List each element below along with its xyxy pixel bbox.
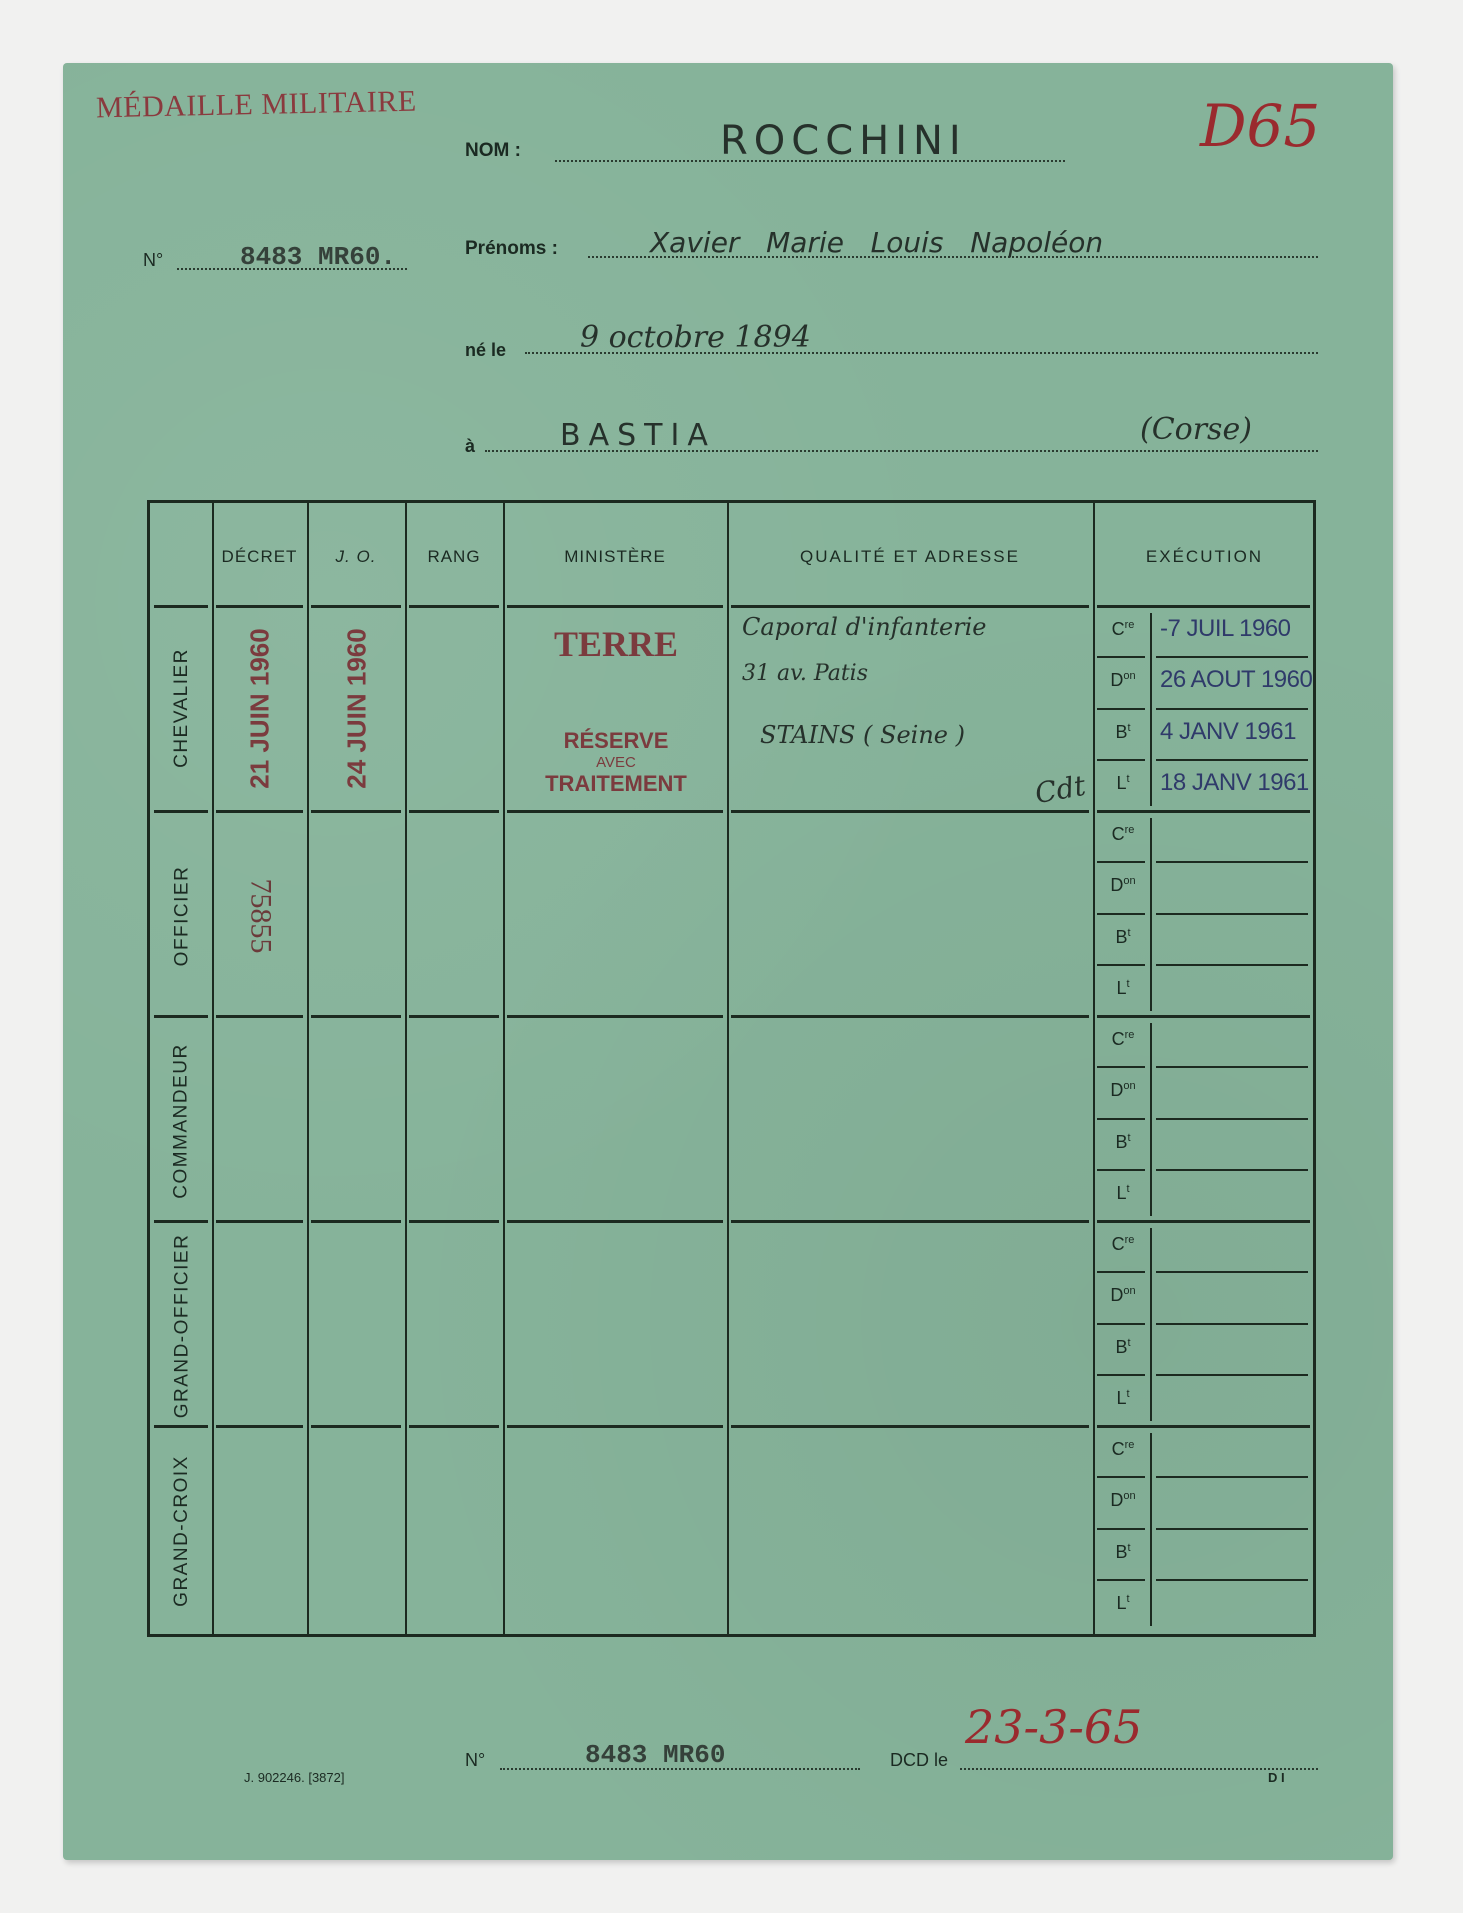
ne-le-label: né le	[465, 340, 506, 361]
officier-decret-number: 75855	[214, 813, 307, 1018]
col-header-jo: J. O.	[307, 547, 405, 567]
exec-subrow-line	[1156, 1323, 1308, 1325]
exec-sublabel: Bt	[1099, 927, 1147, 948]
row-separator	[216, 1220, 303, 1223]
medal-title-stamp: MÉDAILLE MILITAIRE	[96, 85, 417, 126]
exec-sublabel: Cre	[1099, 1234, 1147, 1255]
corner-annotation: D65	[1200, 92, 1320, 160]
exec-subrow-line	[1156, 656, 1308, 658]
qualite-line-1: Caporal d'infanterie	[742, 613, 987, 641]
exec-subrow-line	[1156, 1118, 1308, 1120]
row-separator	[731, 810, 1089, 813]
exec-sublabel: Don	[1099, 1490, 1147, 1511]
prenoms-label: Prénoms :	[465, 238, 558, 260]
exec-sublabel: Lt	[1099, 978, 1147, 999]
exec-subrow-line	[1097, 1579, 1145, 1581]
death-date-value: 23-3-65	[965, 1700, 1142, 1754]
row-separator	[731, 1425, 1089, 1428]
row-separator	[507, 810, 723, 813]
exec-subrow-line	[1097, 1271, 1145, 1273]
exec-sublabel: Cre	[1099, 1029, 1147, 1050]
col-header-execution: EXÉCUTION	[1093, 547, 1316, 567]
exec-subrow-line	[1097, 1118, 1145, 1120]
exec-sublabel: Bt	[1099, 1132, 1147, 1153]
exec-subrow-line	[1156, 913, 1308, 915]
exec-subrow-line	[1097, 759, 1145, 761]
nom-value: ROCCHINI	[720, 118, 967, 164]
nom-label: NOM :	[465, 140, 521, 162]
exec-date-stamp: -7 JUIL 1960	[1160, 615, 1291, 643]
row-separator	[507, 1220, 723, 1223]
col-divider	[405, 503, 407, 1634]
footer-no-value: 8483 MR60	[585, 1740, 725, 1770]
execution-initials: Cdt	[1033, 769, 1089, 810]
exec-inner-divider	[1150, 1023, 1152, 1216]
no-value: 8483 MR60.	[240, 242, 396, 272]
row-separator	[731, 1015, 1089, 1018]
row-separator	[731, 1220, 1089, 1223]
exec-subrow-line	[1156, 1528, 1308, 1530]
exec-sublabel: Lt	[1099, 1388, 1147, 1409]
exec-subrow-line	[1156, 759, 1308, 761]
dcd-dotted-line	[960, 1768, 1318, 1770]
exec-inner-divider	[1150, 1433, 1152, 1626]
exec-subrow-line	[1156, 1169, 1308, 1171]
exec-subrow-line	[1156, 1374, 1308, 1376]
col-header-rang: RANG	[405, 547, 503, 567]
row-separator	[731, 605, 1089, 608]
exec-subrow-line	[1156, 861, 1308, 863]
exec-sublabel: Bt	[1099, 722, 1147, 743]
exec-sublabel: Lt	[1099, 1593, 1147, 1614]
exec-subrow-line	[1156, 1271, 1308, 1273]
row-separator	[409, 605, 499, 608]
exec-date-stamp: 18 JANV 1961	[1160, 769, 1309, 797]
exec-subrow-line	[1097, 656, 1145, 658]
exec-date-stamp: 4 JANV 1961	[1160, 718, 1296, 746]
exec-sublabel: Lt	[1099, 773, 1147, 794]
row-separator	[409, 810, 499, 813]
exec-subrow-line	[1097, 1323, 1145, 1325]
rank-commandeur: COMMANDEUR	[152, 1018, 212, 1223]
rank-chevalier: CHEVALIER	[152, 608, 212, 808]
row-separator	[1097, 605, 1310, 608]
exec-subrow-line	[1156, 708, 1308, 710]
exec-subrow-line	[1156, 964, 1308, 966]
prenoms-value: Xavier Marie Louis Napoléon	[650, 226, 1103, 259]
chevalier-decret-stamp: 21 JUIN 1960	[214, 608, 307, 808]
decoration-table: DÉCRET J. O. RANG MINISTÈRE QUALITÉ ET A…	[147, 500, 1316, 1637]
exec-sublabel: Don	[1099, 875, 1147, 896]
exec-subrow-line	[1097, 861, 1145, 863]
row-separator	[1097, 1015, 1310, 1018]
dcd-label: DCD le	[890, 1750, 948, 1771]
col-header-qualite-adresse: QUALITÉ ET ADRESSE	[727, 547, 1093, 567]
birth-region-value: (Corse)	[1140, 412, 1252, 447]
form-code: D I	[1268, 1770, 1285, 1785]
rank-grand-croix: GRAND-CROIX	[152, 1428, 212, 1633]
birth-date-value: 9 octobre 1894	[580, 320, 811, 355]
col-divider	[727, 503, 729, 1634]
row-separator	[409, 1015, 499, 1018]
row-separator	[311, 1220, 401, 1223]
rank-grand-officier: GRAND-OFFICIER	[152, 1223, 212, 1428]
row-separator	[409, 1425, 499, 1428]
row-separator	[1097, 1220, 1310, 1223]
qualite-line-2: 31 av. Patis	[742, 661, 868, 686]
exec-sublabel: Don	[1099, 1080, 1147, 1101]
col-header-ministere: MINISTÈRE	[503, 547, 727, 567]
ministere-avec-stamp: AVEC	[505, 754, 727, 771]
rank-officier: OFFICIER	[152, 813, 212, 1018]
exec-sublabel: Lt	[1099, 1183, 1147, 1204]
exec-subrow-line	[1097, 708, 1145, 710]
exec-inner-divider	[1150, 818, 1152, 1011]
exec-subrow-line	[1097, 1066, 1145, 1068]
ministere-terre-stamp: TERRE	[505, 623, 727, 665]
exec-inner-divider	[1150, 613, 1152, 806]
ministere-traitement-stamp: TRAITEMENT	[505, 771, 727, 797]
birth-place-value: BASTIA	[560, 418, 716, 453]
exec-subrow-line	[1097, 1476, 1145, 1478]
row-separator	[311, 1015, 401, 1018]
exec-inner-divider	[1150, 1228, 1152, 1421]
row-separator	[507, 605, 723, 608]
row-separator	[311, 1425, 401, 1428]
exec-subrow-line	[1097, 1528, 1145, 1530]
qualite-line-3: STAINS ( Seine )	[760, 721, 965, 749]
no-label: N°	[143, 250, 163, 271]
exec-sublabel: Cre	[1099, 824, 1147, 845]
exec-sublabel: Bt	[1099, 1542, 1147, 1563]
exec-sublabel: Cre	[1099, 1439, 1147, 1460]
footer-no-label: N°	[465, 1750, 485, 1771]
col-header-decret: DÉCRET	[212, 547, 307, 567]
exec-subrow-line	[1156, 1066, 1308, 1068]
a-label: à	[465, 436, 475, 457]
row-separator	[216, 1425, 303, 1428]
col-divider	[1093, 503, 1095, 1634]
exec-subrow-line	[1097, 1374, 1145, 1376]
exec-subrow-line	[1156, 1579, 1308, 1581]
chevalier-jo-stamp: 24 JUIN 1960	[309, 608, 405, 808]
exec-subrow-line	[1097, 1169, 1145, 1171]
row-separator	[1097, 810, 1310, 813]
col-divider	[503, 503, 505, 1634]
exec-date-stamp: 26 AOUT 1960	[1160, 666, 1312, 694]
ministere-reserve-stamp: RÉSERVE	[505, 728, 727, 754]
row-separator	[507, 1015, 723, 1018]
row-separator	[1097, 1425, 1310, 1428]
print-reference: J. 902246. [3872]	[244, 1770, 344, 1785]
row-separator	[409, 1220, 499, 1223]
exec-subrow-line	[1156, 1476, 1308, 1478]
row-separator	[311, 810, 401, 813]
exec-sublabel: Bt	[1099, 1337, 1147, 1358]
exec-subrow-line	[1097, 913, 1145, 915]
row-separator	[507, 1425, 723, 1428]
exec-sublabel: Cre	[1099, 619, 1147, 640]
exec-sublabel: Don	[1099, 670, 1147, 691]
exec-sublabel: Don	[1099, 1285, 1147, 1306]
exec-subrow-line	[1097, 964, 1145, 966]
